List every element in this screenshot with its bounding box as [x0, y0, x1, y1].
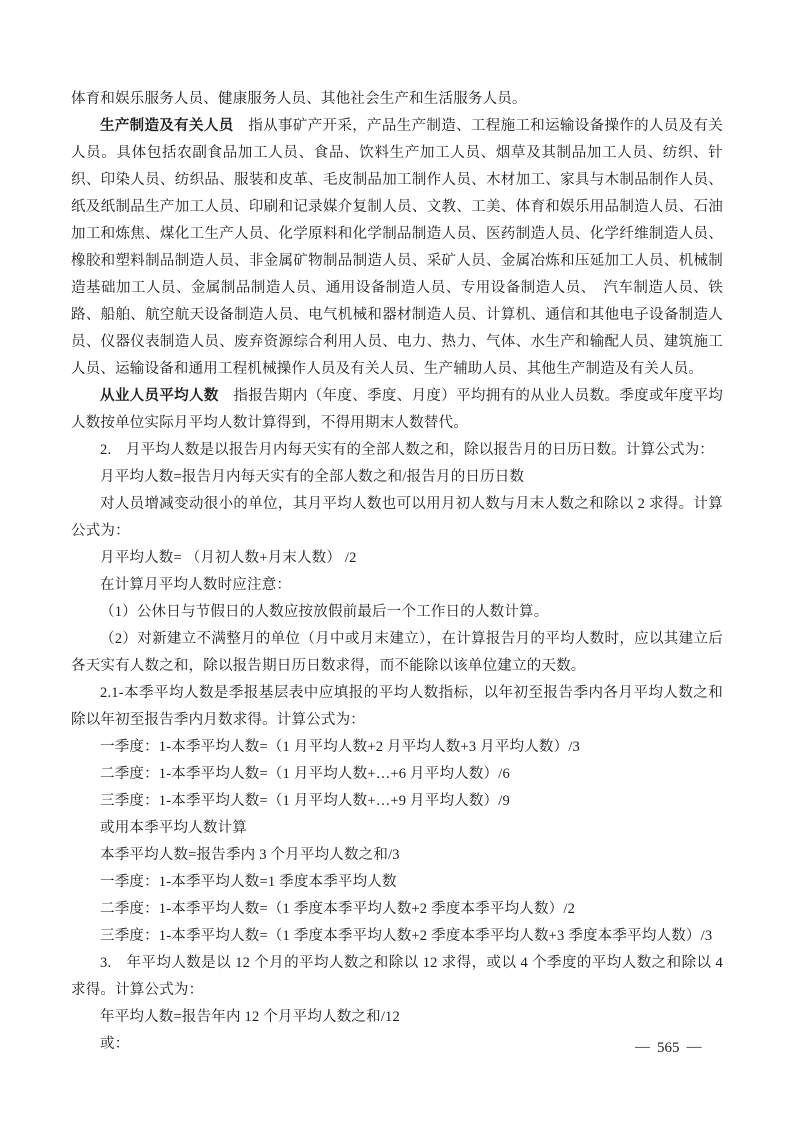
- formula-q3-by-quarter: 三季度：1-本季平均人数=（1 季度本季平均人数+2 季度本季平均人数+3 季度…: [71, 923, 723, 950]
- paragraph-quarterly-average-definition: 2.1-本季平均人数是季报基层表中应填报的平均人数指标，以年初至报告季内各月平均…: [71, 680, 723, 734]
- paragraph-average-employees: 从业人员平均人数 指报告期内（年度、季度、月度）平均拥有的从业人员数。季度或年度…: [71, 383, 723, 437]
- formula-monthly-average-simplified: 月平均人数= （月初人数+月末人数） /2: [71, 545, 723, 572]
- formula-q3-by-month: 三季度：1-本季平均人数=（1 月平均人数+…+9 月平均人数）/9: [71, 788, 723, 815]
- paragraph-continuation: 体育和娱乐服务人员、健康服务人员、其他社会生产和生活服务人员。: [71, 86, 723, 113]
- page-number: 565: [657, 1040, 680, 1056]
- bold-term-production-personnel: 生产制造及有关人员: [100, 118, 234, 134]
- paragraph-note-1: （1）公休日与节假日的人数应按放假前最后一个工作日的人数计算。: [71, 599, 723, 626]
- paragraph-or-quarterly-method: 或用本季平均人数计算: [71, 815, 723, 842]
- formula-q2-by-month: 二季度：1-本季平均人数=（1 月平均人数+…+6 月平均人数）/6: [71, 761, 723, 788]
- footer-right-dash: —: [687, 1035, 702, 1059]
- footer-left-dash: —: [635, 1035, 650, 1059]
- document-page: 体育和娱乐服务人员、健康服务人员、其他社会生产和生活服务人员。 生产制造及有关人…: [0, 0, 793, 1122]
- formula-q1-by-month: 一季度：1-本季平均人数=（1 月平均人数+2 月平均人数+3 月平均人数）/3: [71, 734, 723, 761]
- paragraph-production-personnel: 生产制造及有关人员 指从事矿产开采，产品生产制造、工程施工和运输设备操作的人员及…: [71, 113, 723, 383]
- formula-q2-by-quarter: 二季度：1-本季平均人数=（1 季度本季平均人数+2 季度本季平均人数）/2: [71, 896, 723, 923]
- paragraph-small-change-units: 对人员增减变动很小的单位，其月平均人数也可以用月初人数与月末人数之和除以 2 求…: [71, 491, 723, 545]
- formula-monthly-average: 月平均人数=报告月内每天实有的全部人数之和/报告月的日历日数: [71, 464, 723, 491]
- document-body: 体育和娱乐服务人员、健康服务人员、其他社会生产和生活服务人员。 生产制造及有关人…: [71, 86, 723, 1058]
- formula-quarter-average: 本季平均人数=报告季内 3 个月平均人数之和/3: [71, 842, 723, 869]
- paragraph-text: 指从事矿产开采，产品生产制造、工程施工和运输设备操作的人员及有关人员。具体包括农…: [71, 118, 723, 377]
- paragraph-item-2-monthly-average: 2. 月平均人数是以报告月内每天实有的全部人数之和，除以报告月的日历日数。计算公…: [71, 437, 723, 464]
- paragraph-item-3-yearly-average: 3. 年平均人数是以 12 个月的平均人数之和除以 12 求得，或以 4 个季度…: [71, 950, 723, 1004]
- formula-q1-by-quarter: 一季度：1-本季平均人数=1 季度本季平均人数: [71, 869, 723, 896]
- formula-yearly-average: 年平均人数=报告年内 12 个月平均人数之和/12: [71, 1004, 723, 1031]
- bold-term-average-employees: 从业人员平均人数: [100, 388, 219, 404]
- paragraph-notes-heading: 在计算月平均人数时应注意：: [71, 572, 723, 599]
- page-number-footer: —565—: [628, 1036, 709, 1060]
- paragraph-note-2: （2）对新建立不满整月的单位（月中或月末建立），在计算报告月的平均人数时，应以其…: [71, 626, 723, 680]
- paragraph-or: 或：: [71, 1031, 723, 1058]
